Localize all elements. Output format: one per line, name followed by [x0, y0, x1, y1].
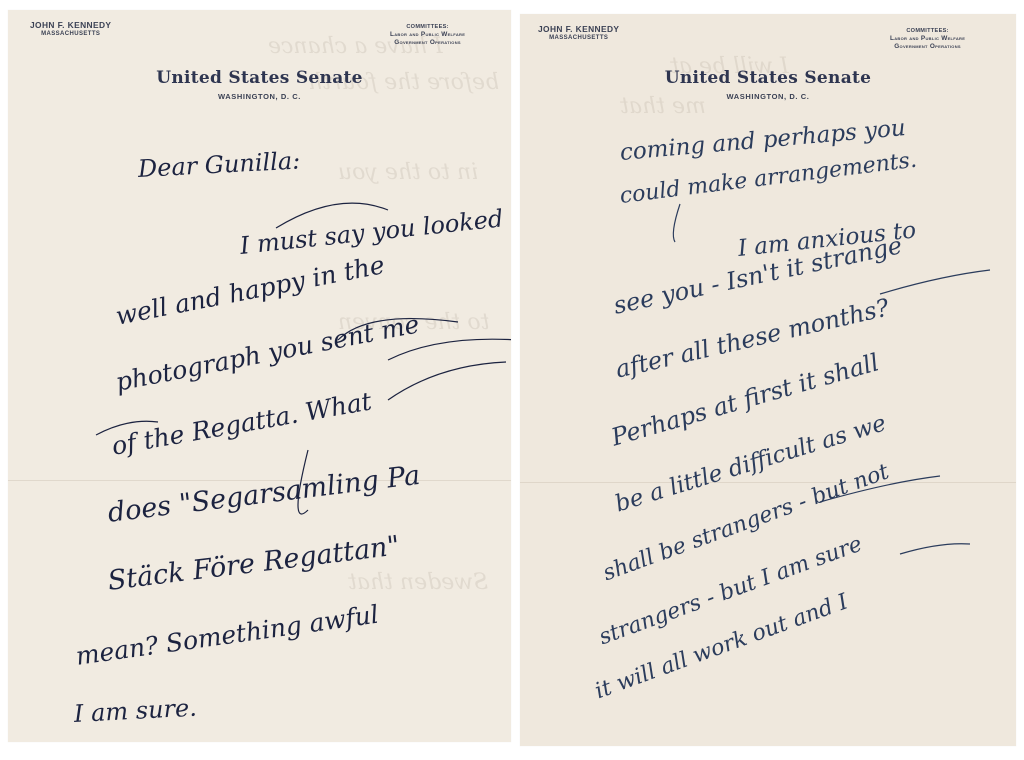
bleed-through-text: in to the you — [338, 160, 478, 185]
committees-label: COMMITTEES: — [890, 27, 965, 35]
letterhead-title: United States Senate — [520, 68, 1016, 88]
letterhead-sender: JOHN F. KENNEDY MASSACHUSETTS — [538, 24, 619, 41]
letter-page-2: I will be at me that JOHN F. KENNEDY MAS… — [520, 14, 1016, 746]
letterhead-city: WASHINGTON, D. C. — [8, 92, 511, 101]
committee-item: Government Operations — [890, 43, 965, 51]
handwritten-line: does "Segarsamling Pa — [106, 460, 422, 529]
bleed-through-text: Sweden that — [348, 570, 488, 595]
letter-page-1: I have a chance before the fourth in to … — [8, 10, 511, 742]
handwritten-line: I am sure. — [73, 694, 197, 728]
letterhead-sender: JOHN F. KENNEDY MASSACHUSETTS — [30, 20, 111, 37]
sender-state: MASSACHUSETTS — [538, 35, 619, 41]
sender-name: JOHN F. KENNEDY — [538, 24, 619, 34]
committee-item: Labor and Public Welfare — [390, 31, 465, 39]
sender-name: JOHN F. KENNEDY — [30, 20, 111, 30]
letterhead-city: WASHINGTON, D. C. — [520, 92, 1016, 101]
committee-item: Government Operations — [390, 39, 465, 47]
handwritten-salutation: Dear Gunilla: — [137, 147, 301, 183]
letterhead-committees: COMMITTEES: Labor and Public Welfare Gov… — [390, 23, 465, 47]
committee-item: Labor and Public Welfare — [890, 35, 965, 43]
committees-label: COMMITTEES: — [390, 23, 465, 31]
fold-line — [520, 482, 1016, 483]
handwritten-line: of the Regatta. What — [109, 386, 373, 460]
handwritten-line: mean? Something awful — [74, 600, 380, 671]
letter-viewer: I have a chance before the fourth in to … — [0, 0, 1024, 760]
sender-state: MASSACHUSETTS — [30, 31, 111, 37]
letterhead-title: United States Senate — [8, 68, 511, 88]
letterhead-committees: COMMITTEES: Labor and Public Welfare Gov… — [890, 27, 965, 51]
